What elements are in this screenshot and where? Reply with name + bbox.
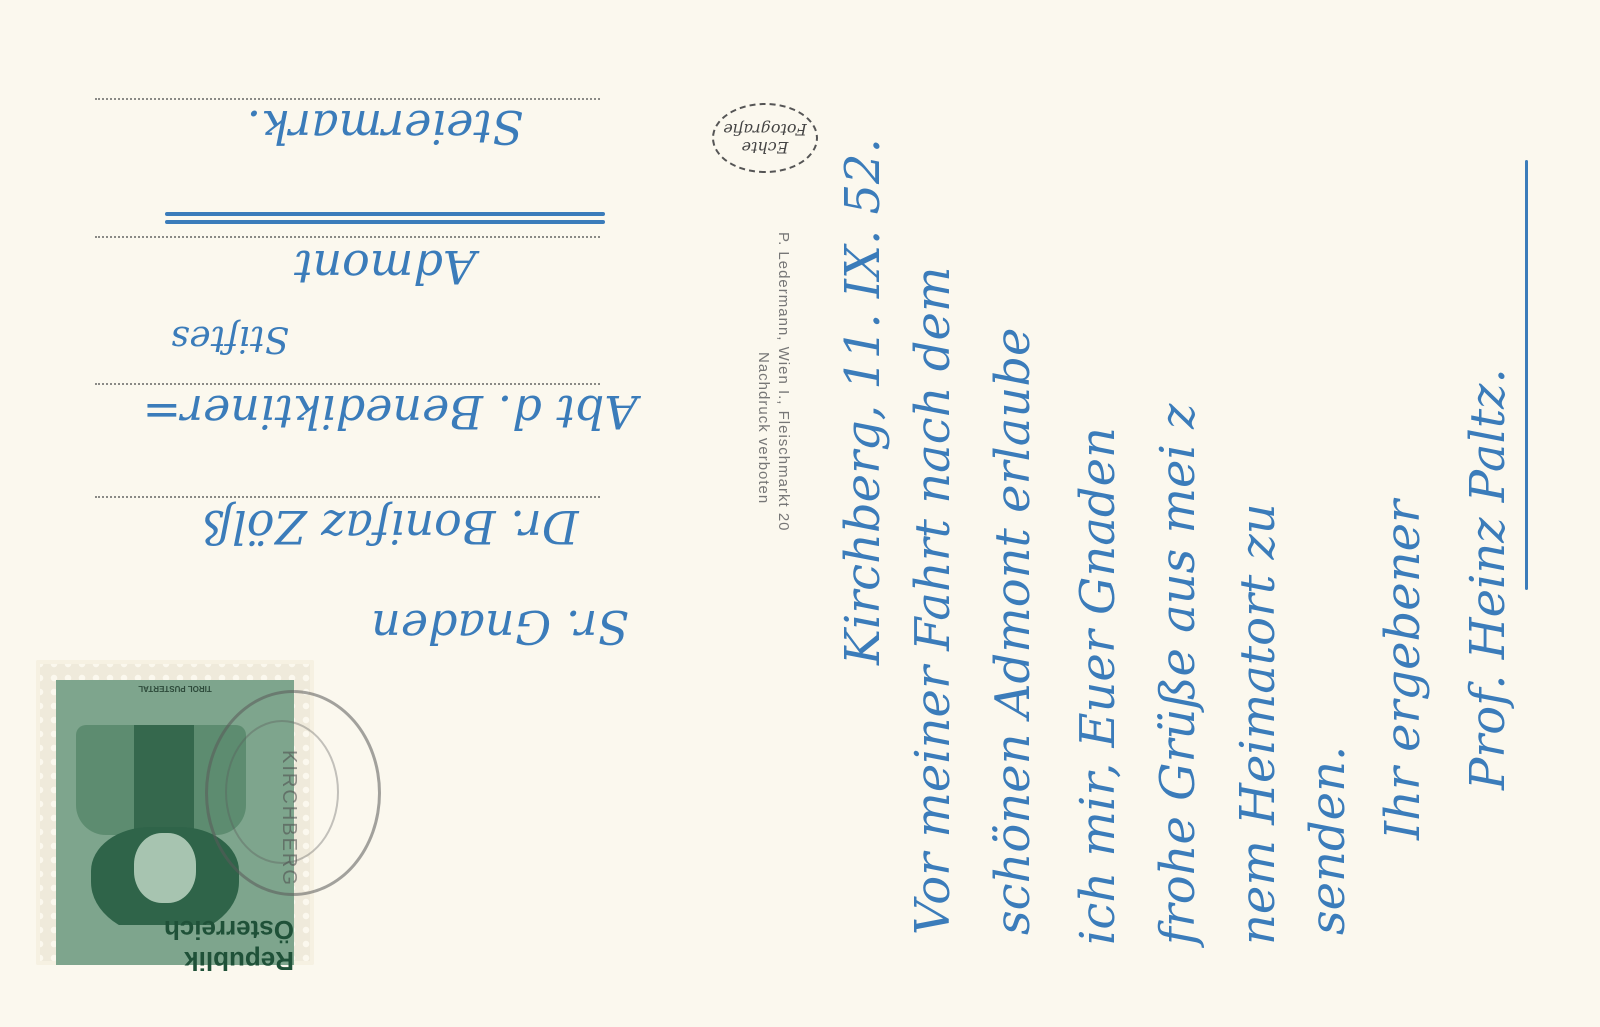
stamp-figure-face xyxy=(134,833,196,903)
address-dotted-line xyxy=(95,496,600,498)
message-closing: Ihr ergebener xyxy=(1375,500,1431,840)
photo-stamp-line1: Echte xyxy=(742,138,789,156)
postcard-back: Steiermark. Admont Stiftes Abt d. Benedi… xyxy=(0,0,1600,1027)
address-line-name: Dr. Bonifaz Zölß xyxy=(110,500,670,554)
postmark-text: KIRCHBERG xyxy=(277,750,300,887)
address-line-region: Steiermark. xyxy=(175,100,595,154)
stamp-caption: TIROL PUSTERTAL xyxy=(56,684,294,693)
message-line: ich mir, Euer Gnaden xyxy=(1070,427,1126,945)
photo-stamp-oval: Echte Fotografie xyxy=(712,103,818,173)
message-line: senden. xyxy=(1300,746,1356,935)
address-double-underline xyxy=(165,212,605,216)
message-signature: Prof. Heinz Paltz. xyxy=(1460,368,1516,790)
message-line: Vor meiner Fahrt nach dem xyxy=(905,267,961,935)
photo-stamp-line2: Fotografie xyxy=(723,120,807,138)
address-line-town: Admont xyxy=(195,240,575,294)
address-line-salutation: Sr. Gnaden xyxy=(320,600,680,654)
address-line-title: Abt d. Benediktiner= xyxy=(80,385,700,439)
message-place-date: Kirchberg, 11. IX. 52. xyxy=(835,138,891,665)
message-line: nem Heimatort zu xyxy=(1230,503,1286,945)
address-double-underline xyxy=(165,220,605,224)
address-dotted-line xyxy=(95,236,600,238)
signature-underline xyxy=(1525,160,1528,590)
postage-stamp: 1S TIROL PUSTERTAL Republik Österreich xyxy=(36,660,314,965)
message-line: schönen Admont erlaube xyxy=(985,328,1041,935)
address-line-stiftes: Stiftes xyxy=(150,318,310,359)
stamp-country: Republik Österreich xyxy=(56,925,294,965)
imprint-line2: Nachdruck verboten xyxy=(755,352,772,504)
stamp-figure-vest xyxy=(134,725,194,835)
message-line: frohe Grüße aus mei z xyxy=(1150,404,1206,945)
imprint-line1: P. Ledermann, Wien I., Fleischmarkt 20 xyxy=(775,232,792,532)
